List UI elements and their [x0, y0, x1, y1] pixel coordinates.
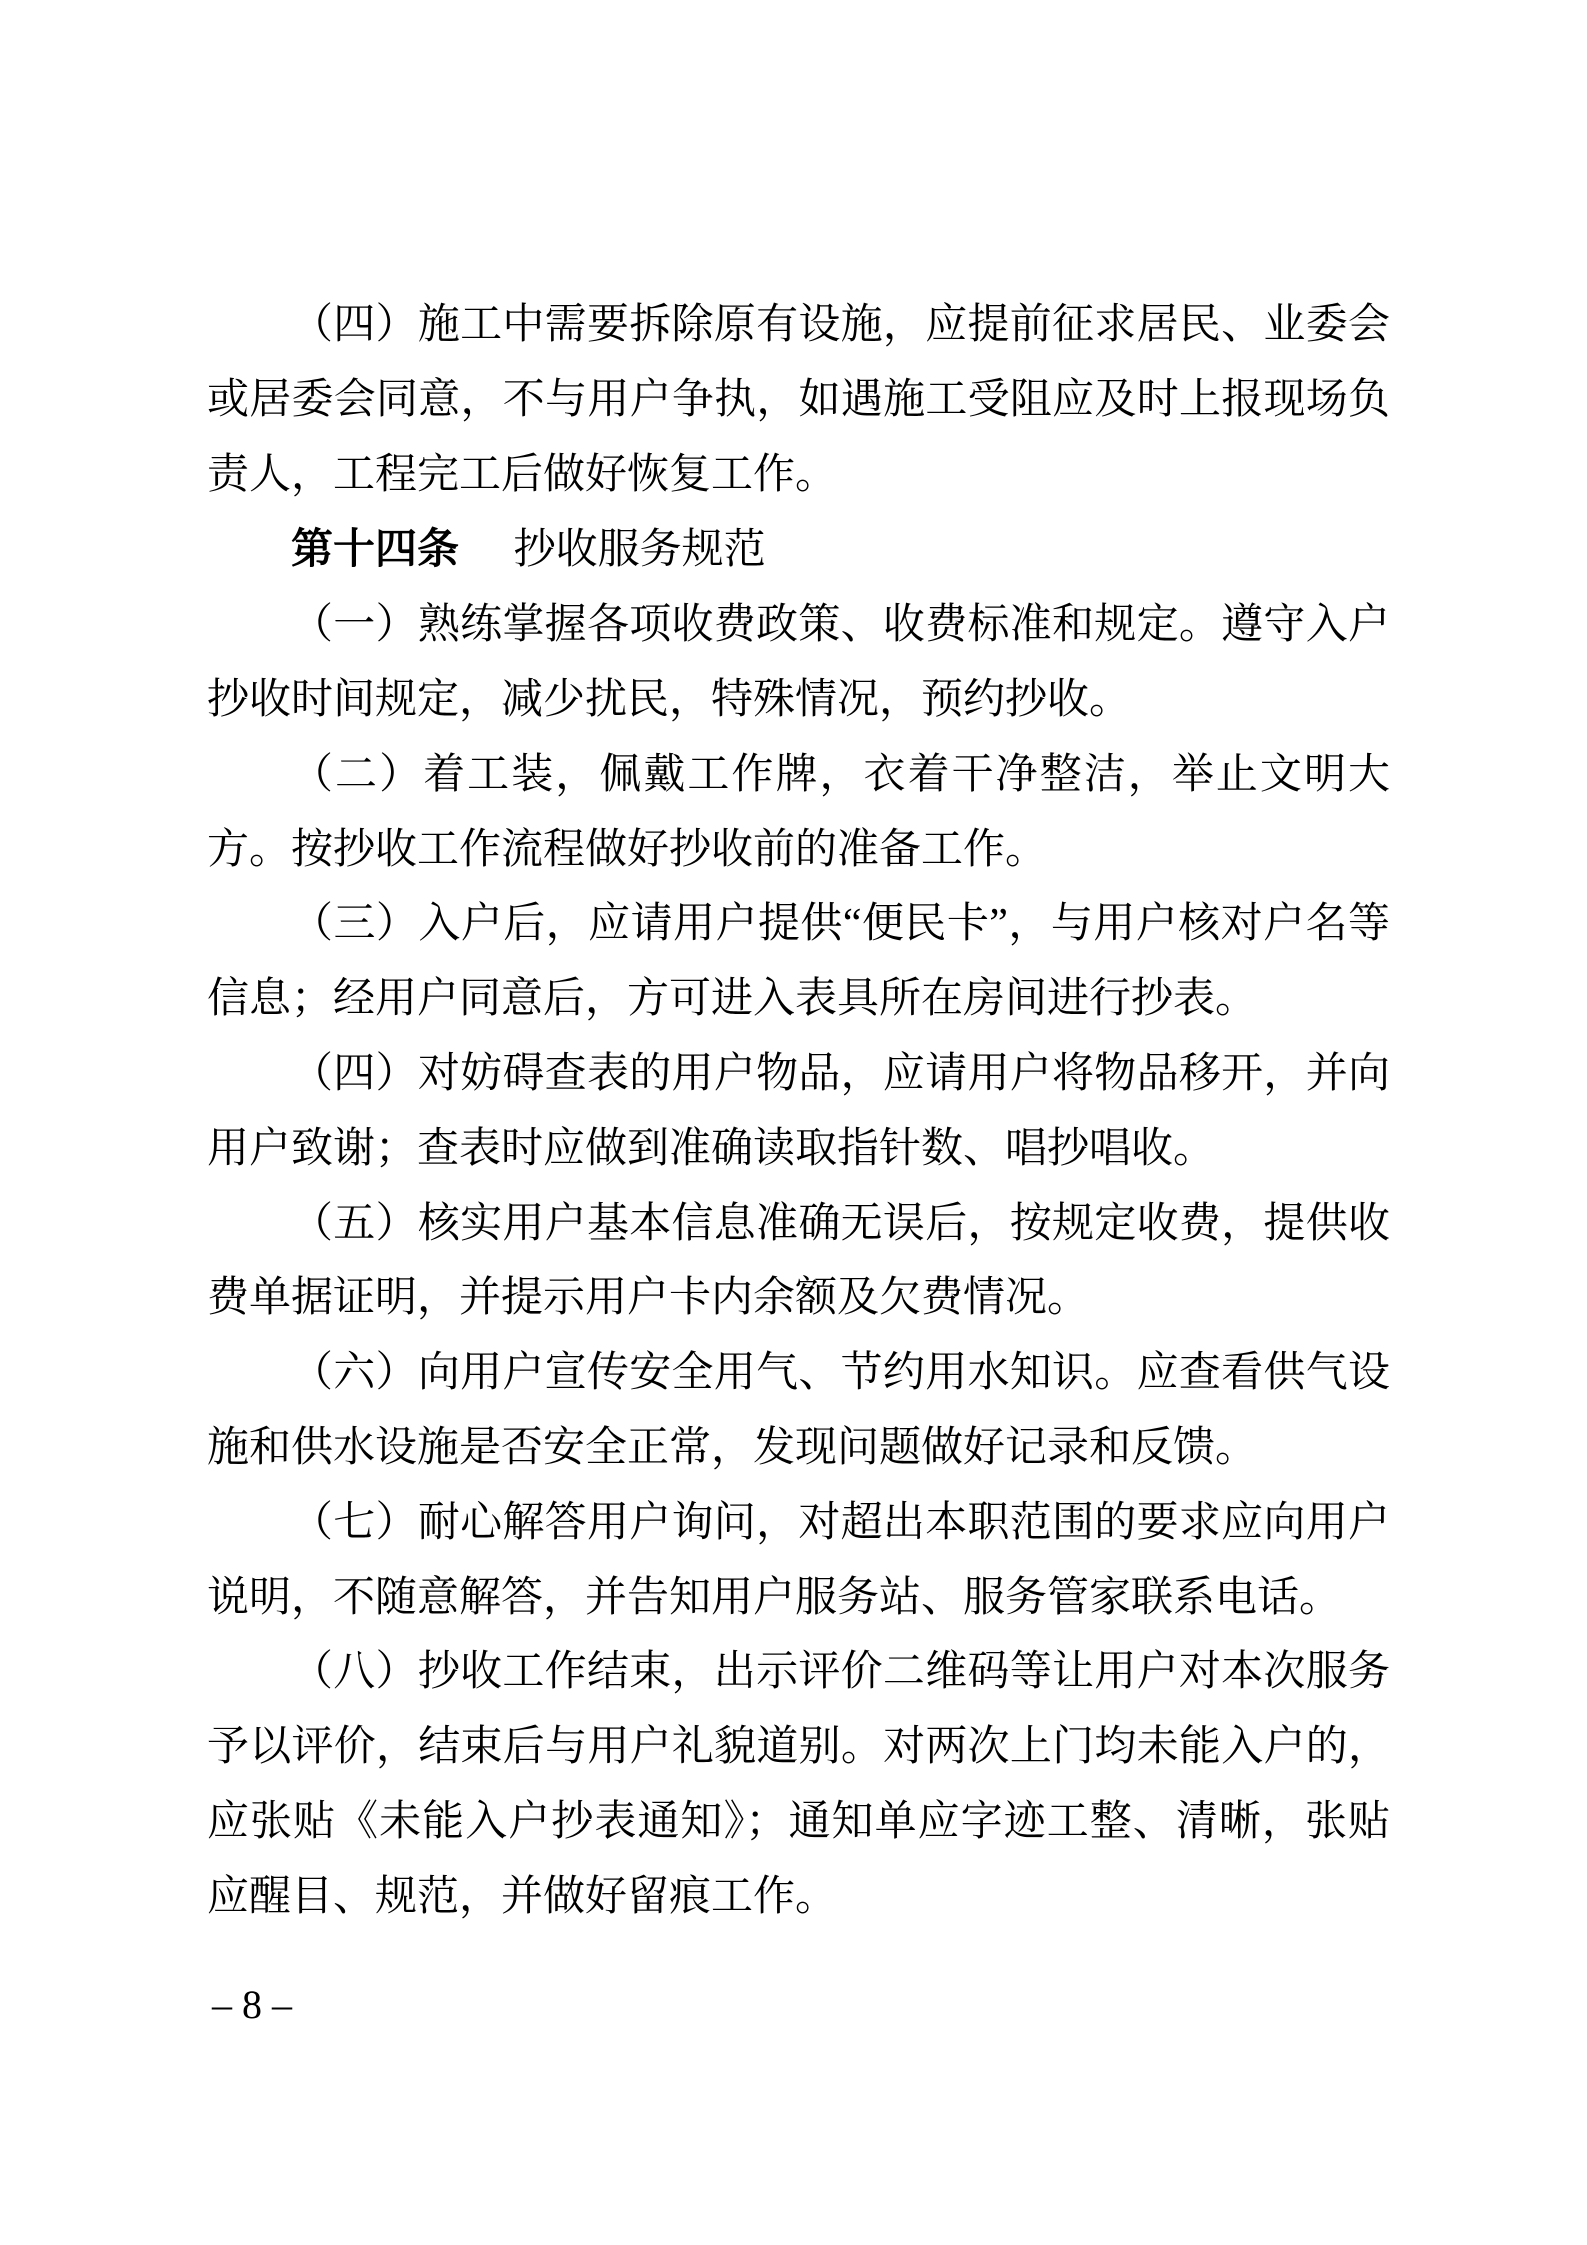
body-text: （四）施工中需要拆除原有设施，应提前征求居民、业委会或居委会同意，不与用户争执，… — [207, 288, 1390, 1935]
clause-item-2: （二）着工装，佩戴工作牌，衣着干净整洁，举止文明大方。按抄收工作流程做好抄收前的… — [207, 738, 1390, 888]
article-14-heading: 第十四条抄收服务规范 — [207, 512, 1390, 588]
clause-item-5: （五）核实用户基本信息准确无误后，按规定收费，提供收费单据证明，并提示用户卡内余… — [207, 1187, 1390, 1337]
paragraph-construction-clause-4: （四）施工中需要拆除原有设施，应提前征求居民、业委会或居委会同意，不与用户争执，… — [207, 288, 1390, 512]
clause-item-4: （四）对妨碍查表的用户物品，应请用户将物品移开，并向用户致谢；查表时应做到准确读… — [207, 1037, 1390, 1187]
clause-item-1: （一）熟练掌握各项收费政策、收费标准和规定。遵守入户抄收时间规定，减少扰民，特殊… — [207, 588, 1390, 738]
clause-item-3: （三）入户后，应请用户提供“便民卡”，与用户核对户名等信息；经用户同意后，方可进… — [207, 887, 1390, 1037]
page-number: – 8 – — [212, 1982, 292, 2028]
clause-item-8: （八）抄收工作结束，出示评价二维码等让用户对本次服务予以评价，结束后与用户礼貌道… — [207, 1635, 1390, 1934]
article-title: 抄收服务规范 — [514, 527, 766, 573]
clause-item-6: （六）向用户宣传安全用气、节约用水知识。应查看供气设施和供水设施是否安全正常，发… — [207, 1336, 1390, 1486]
article-number: 第十四条 — [291, 525, 459, 572]
document-page: （四）施工中需要拆除原有设施，应提前征求居民、业委会或居委会同意，不与用户争执，… — [0, 0, 1587, 2245]
clause-item-7: （七）耐心解答用户询问，对超出本职范围的要求应向用户说明，不随意解答，并告知用户… — [207, 1486, 1390, 1636]
